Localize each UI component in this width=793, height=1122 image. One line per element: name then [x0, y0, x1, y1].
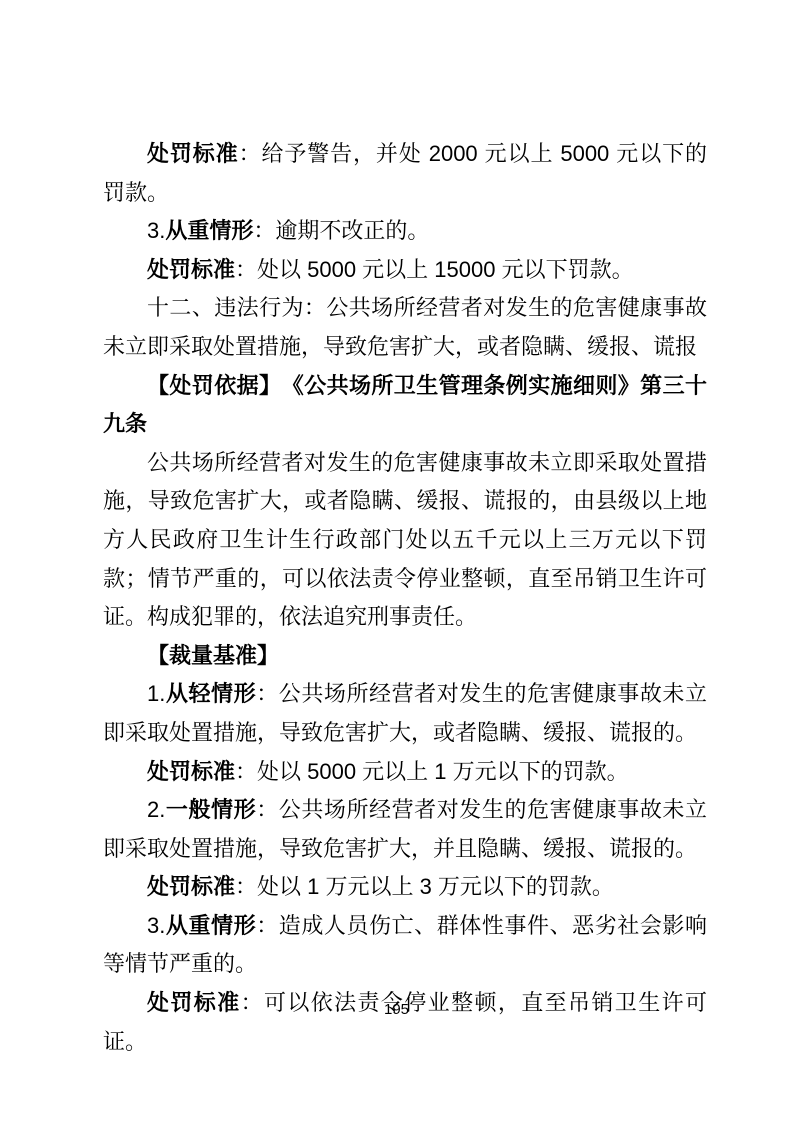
paragraph-penalty-standard: 处罚标准：处以 5000 元以上 1 万元以下的罚款。	[103, 753, 707, 792]
paragraph-text: ：处以 5000 元以上 1 万元以下的罚款。	[235, 759, 629, 784]
paragraph-text: 处罚标准	[147, 257, 235, 282]
paragraph-text: 处罚标准	[147, 759, 235, 784]
paragraph-general-case: 2.一般情形：公共场所经营者对发生的危害健康事故未立即采取处置措施，导致危害扩大…	[103, 791, 707, 868]
paragraph-penalty-standard: 处罚标准：处以 5000 元以上 15000 元以下罚款。	[103, 251, 707, 290]
paragraph-text: ：处以 1 万元以上 3 万元以下的罚款。	[235, 874, 614, 899]
paragraph-text: 处罚标准	[147, 141, 239, 166]
paragraph-text: 2.	[147, 797, 165, 822]
paragraph-violation-item: 十二、违法行为：公共场所经营者对发生的危害健康事故未立即采取处置措施，导致危害扩…	[103, 289, 707, 366]
paragraph-text: 从轻情形	[165, 681, 256, 706]
paragraph-text: 十二、违法行为：公共场所经营者对发生的危害健康事故未立即采取处置措施，导致危害扩…	[103, 295, 707, 359]
paragraph-regulation-text: 公共场所经营者对发生的危害健康事故未立即采取处置措施，导致危害扩大，或者隐瞒、缓…	[103, 444, 707, 637]
paragraph-text: 3.	[147, 913, 165, 938]
paragraph-penalty-standard: 处罚标准：可以依法责令停业整顿，直至吊销卫生许可证。	[103, 984, 707, 1061]
paragraph-lenient-case: 1.从轻情形：公共场所经营者对发生的危害健康事故未立即采取处置措施，导致危害扩大…	[103, 675, 707, 752]
paragraph-text: 公共场所经营者对发生的危害健康事故未立即采取处置措施，导致危害扩大，或者隐瞒、缓…	[103, 450, 707, 629]
paragraph-aggravating-case: 3.从重情形：逾期不改正的。	[103, 212, 707, 251]
paragraph-text: 从重情形	[165, 218, 253, 243]
paragraph-text: 一般情形	[165, 797, 256, 822]
paragraph-text: 1.	[147, 681, 165, 706]
paragraph-text: 3.	[147, 218, 165, 243]
paragraph-text: 处罚标准	[147, 874, 235, 899]
paragraph-text: 【处罚依据】 《公共场所卫生管理条例实施细则》第三十九条	[103, 373, 707, 437]
document-body: 处罚标准：给予警告，并处 2000 元以上 5000 元以下的罚款。 3.从重情…	[103, 135, 707, 1061]
page-number: 195	[0, 1001, 793, 1018]
paragraph-text: 【裁量基准】	[147, 643, 279, 668]
paragraph-text: 从重情形	[165, 913, 256, 938]
paragraph-text: ：逾期不改正的。	[253, 218, 429, 243]
paragraph-discretion-benchmark-heading: 【裁量基准】	[103, 637, 707, 676]
paragraph-penalty-standard: 处罚标准：处以 1 万元以上 3 万元以下的罚款。	[103, 868, 707, 907]
paragraph-penalty-basis-heading: 【处罚依据】 《公共场所卫生管理条例实施细则》第三十九条	[103, 367, 707, 444]
paragraph-penalty-standard: 处罚标准：给予警告，并处 2000 元以上 5000 元以下的罚款。	[103, 135, 707, 212]
paragraph-aggravating-case: 3.从重情形：造成人员伤亡、群体性事件、恶劣社会影响等情节严重的。	[103, 907, 707, 984]
paragraph-text: ：处以 5000 元以上 15000 元以下罚款。	[235, 257, 634, 282]
document-page: 处罚标准：给予警告，并处 2000 元以上 5000 元以下的罚款。 3.从重情…	[0, 0, 793, 1122]
